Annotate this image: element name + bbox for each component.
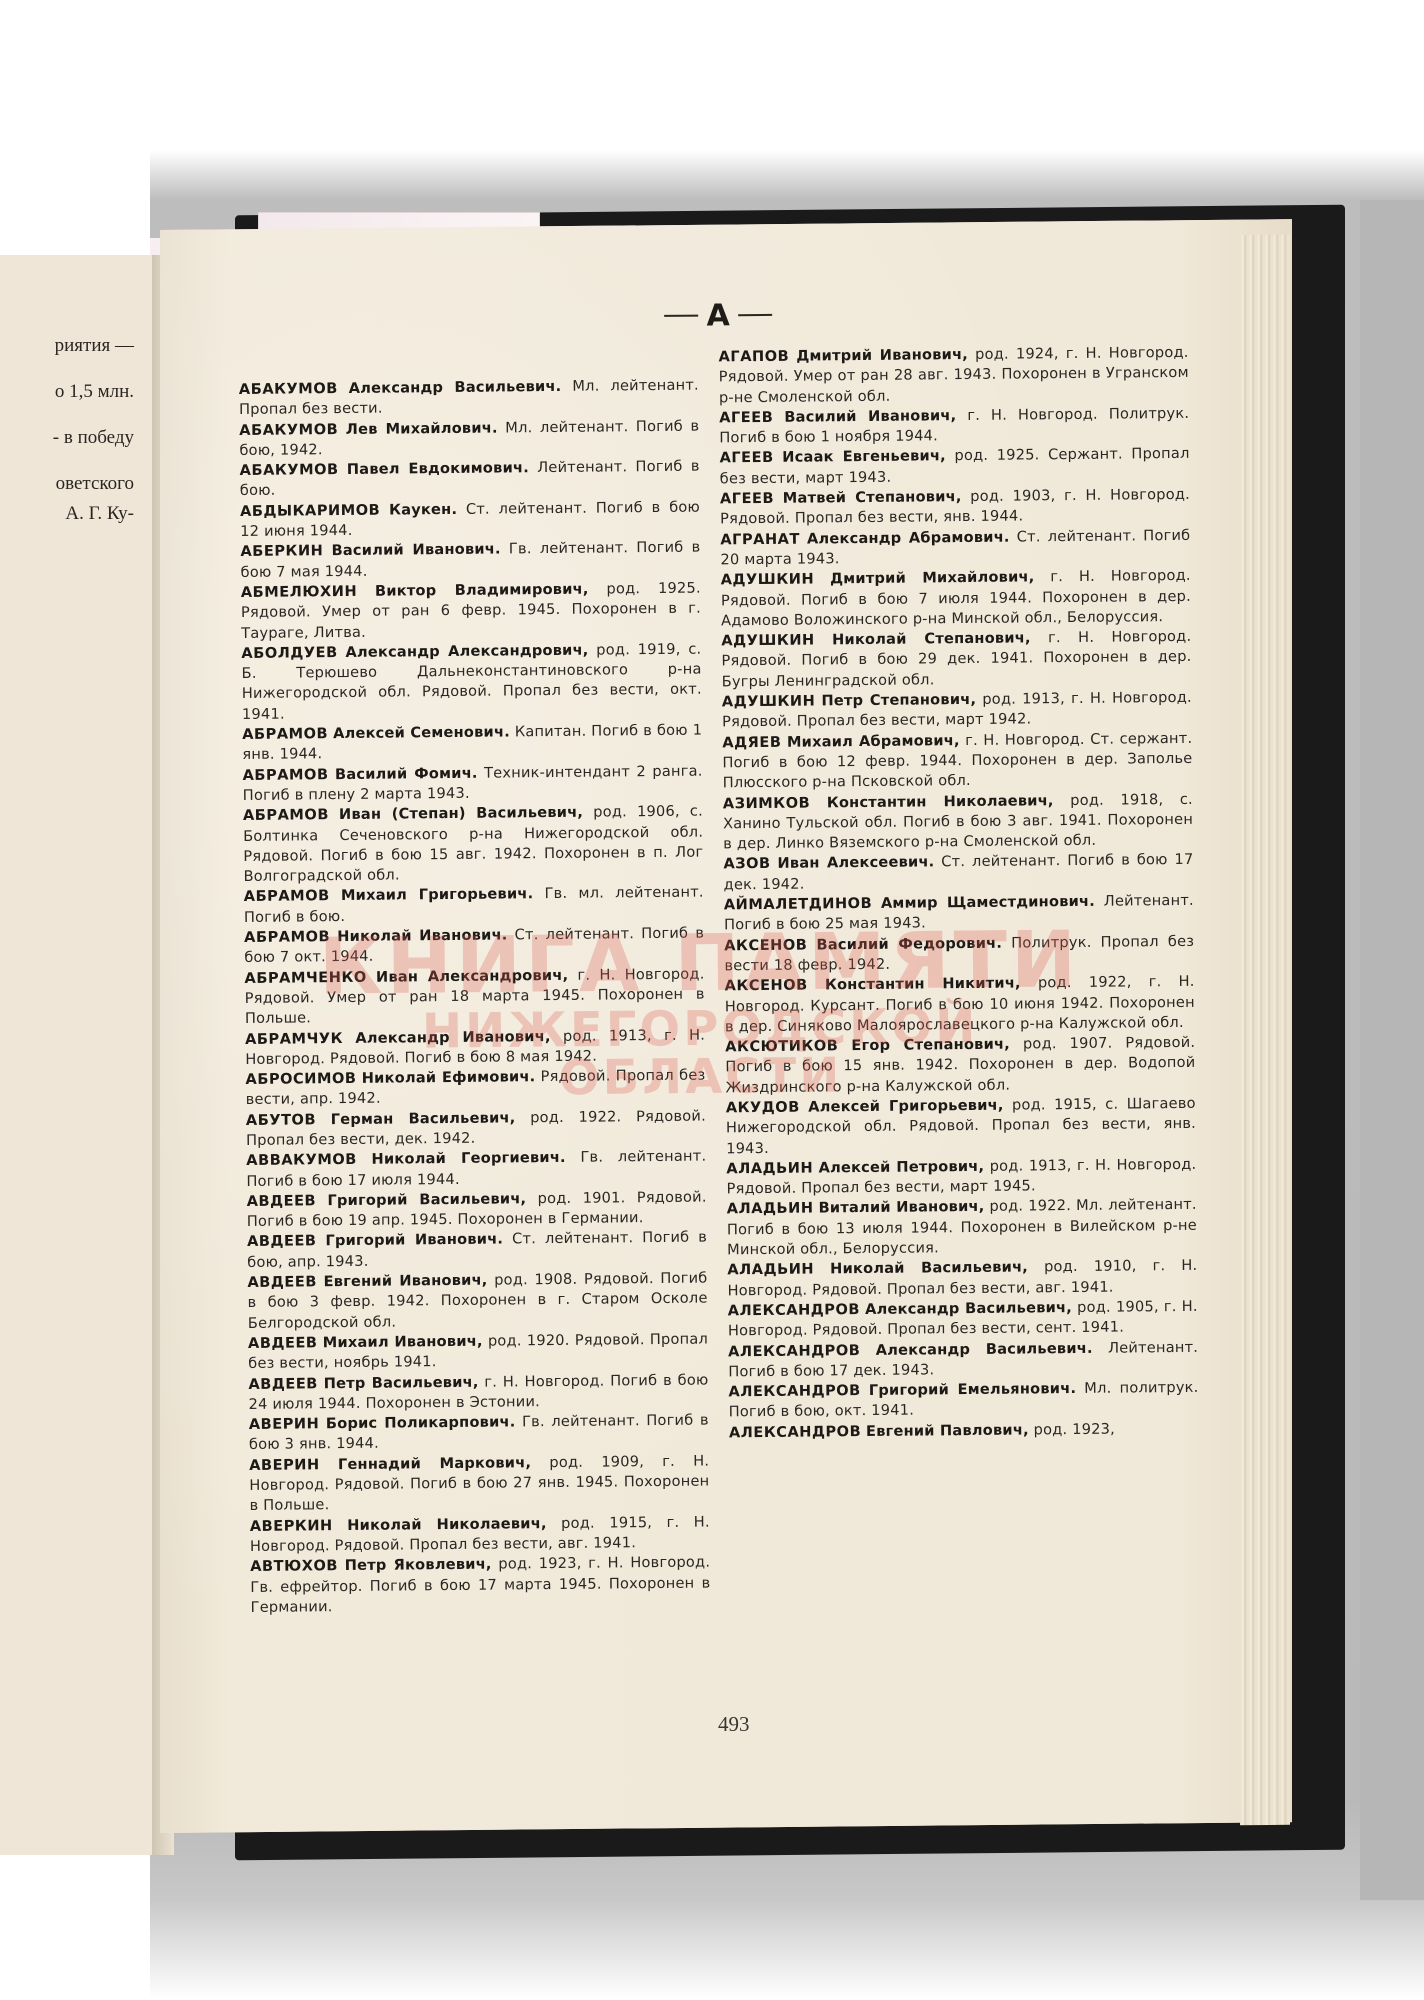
- entry-surname: АБАКУМОВ: [239, 421, 338, 439]
- page-edges: [1240, 235, 1290, 1825]
- entry-surname: АДУШКИН: [721, 571, 815, 589]
- memorial-entry: АГЕЕВ Василий Иванович, г. Н. Новгород. …: [719, 404, 1189, 449]
- right-column: АГАПОВ Дмитрий Иванович, род. 1924, г. Н…: [718, 343, 1198, 1443]
- entry-surname: АВДЕЕВ: [247, 1233, 317, 1251]
- heading-dash: [738, 314, 772, 316]
- entry-given-name: Иван (Степан) Васильевич,: [339, 804, 583, 823]
- entry-surname: АДУШКИН: [722, 693, 816, 711]
- entry-surname: АКУДОВ: [726, 1099, 800, 1117]
- entry-given-name: Матвей Степанович,: [783, 488, 962, 507]
- entry-given-name: Евгений Иванович,: [323, 1272, 487, 1291]
- entry-surname: АЗОВ: [723, 855, 770, 872]
- left-page-line: о 1,5 млн.: [55, 381, 134, 403]
- memorial-entry: АВВАКУМОВ Николай Георгиевич. Гв. лейтен…: [246, 1147, 706, 1192]
- memorial-entry: АВЕРКИН Николай Николаевич, род. 1915, г…: [250, 1512, 710, 1557]
- entry-given-name: Петр Степанович,: [821, 691, 976, 709]
- entry-given-name: Александр Васильевич.: [876, 1339, 1093, 1358]
- entry-surname: АГЕЕВ: [719, 409, 773, 427]
- entry-surname: АБРАМОВ: [242, 725, 328, 743]
- memorial-entry: АВДЕЕВ Михаил Иванович, род. 1920. Рядов…: [248, 1329, 708, 1374]
- entry-surname: АБОЛДУЕВ: [241, 644, 337, 662]
- entry-surname: АБУТОВ: [246, 1111, 316, 1129]
- entry-given-name: Николай Васильевич,: [830, 1259, 1028, 1278]
- memorial-entry: АДУШКИН Петр Степанович, род. 1913, г. Н…: [722, 688, 1192, 733]
- entry-given-name: Исаак Евгеньевич,: [782, 448, 946, 467]
- entry-given-name: Дмитрий Иванович,: [796, 346, 968, 365]
- memorial-entry: АВДЕЕВ Григорий Иванович. Ст. лейтенант.…: [247, 1228, 707, 1273]
- memorial-entry: АКСЕНОВ Василий Федорович. Политрук. Про…: [724, 931, 1194, 976]
- memorial-entry: АГЕЕВ Исаак Евгеньевич, род. 1925. Сержа…: [719, 444, 1189, 489]
- section-letter: А: [706, 298, 730, 333]
- entry-surname: АБРАМОВ: [244, 888, 330, 906]
- memorial-entry: АЙМАЛЕТДИНОВ Аммир Щаместдинович. Лейтен…: [724, 891, 1194, 936]
- entry-given-name: Александр Александрович,: [345, 642, 588, 661]
- entry-surname: АЙМАЛЕТДИНОВ: [724, 895, 872, 913]
- entry-surname: АЗИМКОВ: [723, 794, 811, 812]
- memorial-entry: АЛАДЬИН Алексей Петрович, род. 1913, г. …: [726, 1155, 1196, 1200]
- memorial-entry: АВЕРИН Борис Поликарпович. Гв. лейтенант…: [249, 1411, 709, 1456]
- entry-surname: АВДЕЕВ: [247, 1273, 317, 1291]
- memorial-entry: АКУДОВ Алексей Григорьевич, род. 1915, с…: [726, 1094, 1197, 1159]
- entry-given-name: Александр Васильевич.: [349, 378, 562, 397]
- entry-given-name: Николай Иванович.: [337, 926, 507, 945]
- entry-surname: АЛЕКСАНДРОВ: [728, 1382, 860, 1400]
- entry-given-name: Павел Евдокимович.: [347, 459, 529, 478]
- memorial-entry: АДЯЕВ Михаил Абрамович, г. Н. Новгород. …: [722, 729, 1193, 794]
- memorial-entry: АЛАДЬИН Виталий Иванович, род. 1922. Мл.…: [727, 1195, 1198, 1260]
- memorial-entry: АБАКУМОВ Лев Михайлович. Мл. лейтенант. …: [239, 416, 699, 461]
- entry-given-name: Василий Фомич.: [335, 764, 478, 782]
- entry-given-name: Аммир Щаместдинович.: [881, 893, 1095, 912]
- entry-given-name: Михаил Абрамович,: [787, 732, 960, 751]
- entry-given-name: Михаил Григорьевич.: [341, 886, 534, 905]
- memorial-entry: АБРАМОВ Иван (Степан) Васильевич, род. 1…: [243, 802, 704, 888]
- memorial-entry: АКСЕНОВ Константин Никитич, род. 1922, г…: [725, 972, 1196, 1037]
- entry-given-name: Николай Николаевич,: [347, 1515, 547, 1534]
- entry-surname: АДУШКИН: [721, 632, 815, 650]
- entry-given-name: Григорий Васильевич,: [327, 1190, 526, 1209]
- entry-given-name: Лев Михайлович.: [346, 419, 498, 437]
- entry-surname: АБРАМОВ: [244, 928, 330, 946]
- entry-surname: АБДЫКАРИМОВ: [240, 501, 380, 519]
- entry-given-name: Михаил Иванович,: [323, 1333, 483, 1352]
- entry-given-name: Иван Александрович,: [376, 966, 568, 985]
- entry-given-name: Константин Николаевич,: [827, 792, 1054, 811]
- entry-given-name: Виктор Владимирович,: [375, 581, 589, 600]
- memorial-entry: АКСЮТИКОВ Егор Степанович, род. 1907. Ря…: [725, 1033, 1196, 1098]
- entry-surname: АГРАНАТ: [720, 530, 800, 548]
- entry-surname: АБМЕЛЮХИН: [241, 583, 358, 601]
- entry-surname: АВЕРИН: [249, 1456, 320, 1474]
- memorial-entry: АБРАМОВ Николай Иванович. Ст. лейтенант.…: [244, 924, 704, 969]
- memorial-entry: АЛЕКСАНДРОВ Александр Васильевич, род. 1…: [728, 1297, 1198, 1342]
- entry-given-name: Николай Степанович,: [832, 630, 1031, 649]
- entry-surname: АКСЕНОВ: [725, 977, 808, 995]
- memorial-entry: АБОЛДУЕВ Александр Александрович, род. 1…: [241, 639, 702, 725]
- page-number: 493: [718, 1712, 750, 1737]
- entry-surname: АВДЕЕВ: [248, 1334, 318, 1352]
- entry-surname: АВВАКУМОВ: [246, 1151, 357, 1169]
- memorial-entry: АЗИМКОВ Константин Николаевич, род. 1918…: [723, 789, 1194, 854]
- entry-surname: АВЕРКИН: [250, 1517, 333, 1535]
- memorial-entry: АБРАМОВ Алексей Семенович. Капитан. Поги…: [242, 721, 702, 766]
- entry-surname: АБРАМОВ: [243, 806, 329, 824]
- heading-dash: [665, 315, 699, 317]
- memorial-entry: АДУШКИН Николай Степанович, г. Н. Новгор…: [721, 627, 1192, 692]
- memorial-entry: АЛЕКСАНДРОВ Григорий Емельянович. Мл. по…: [728, 1378, 1198, 1423]
- entry-given-name: Василий Иванович.: [331, 541, 500, 560]
- entry-surname: АКСЮТИКОВ: [725, 1037, 838, 1055]
- entry-surname: АБРАМЧУК: [245, 1030, 343, 1048]
- left-page: риятия — о 1,5 млн. - в победу оветского…: [0, 255, 153, 1855]
- entry-details: род. 1923,: [1034, 1420, 1116, 1438]
- memorial-entry: АБАКУМОВ Александр Васильевич. Мл. лейте…: [239, 376, 699, 421]
- left-column: АБАКУМОВ Александр Васильевич. Мл. лейте…: [239, 376, 711, 1618]
- entry-surname: АБРОСИМОВ: [245, 1070, 356, 1088]
- memorial-entry: АБАКУМОВ Павел Евдокимович. Лейтенант. П…: [240, 457, 700, 502]
- entry-given-name: Николай Георгиевич.: [371, 1149, 565, 1168]
- entry-given-name: Виталий Иванович,: [818, 1198, 984, 1217]
- memorial-entry: АБРАМОВ Михаил Григорьевич. Гв. мл. лейт…: [244, 883, 704, 928]
- memorial-entry: АГЕЕВ Матвей Степанович, род. 1903, г. Н…: [720, 485, 1190, 530]
- entry-given-name: Герман Васильевич,: [331, 1109, 516, 1128]
- memorial-entry: АБРАМЧУК Александр Иванович, род. 1913, …: [245, 1025, 705, 1070]
- memorial-entry: АЛАДЬИН Николай Васильевич, род. 1910, г…: [727, 1256, 1197, 1301]
- scanner-background-edge: [1360, 200, 1424, 1900]
- entry-given-name: Борис Поликарпович.: [326, 1414, 516, 1433]
- entry-surname: АВТЮХОВ: [250, 1557, 338, 1575]
- entry-surname: АЛЕКСАНДРОВ: [728, 1342, 860, 1360]
- entry-surname: АКСЕНОВ: [724, 936, 807, 954]
- entry-given-name: Александр Абрамович.: [807, 528, 1010, 547]
- memorial-entry: АБРАМОВ Василий Фомич. Техник-интендант …: [242, 761, 702, 806]
- entry-surname: АБАКУМОВ: [240, 461, 339, 479]
- left-page-line: А. Г. Ку-: [65, 503, 134, 525]
- entry-surname: АБАКУМОВ: [239, 380, 338, 398]
- entry-given-name: Александр Иванович,: [355, 1028, 551, 1047]
- entry-surname: АВДЕЕВ: [247, 1192, 317, 1210]
- entry-given-name: Алексей Григорьевич,: [808, 1097, 1004, 1116]
- memorial-entry: АБРАМЧЕНКО Иван Александрович, г. Н. Нов…: [244, 964, 705, 1029]
- memorial-entry: АБРОСИМОВ Николай Ефимович. Рядовой. Про…: [245, 1066, 705, 1111]
- entry-surname: АЛЕКСАНДРОВ: [729, 1423, 861, 1441]
- entry-given-name: Алексей Семенович.: [333, 723, 510, 742]
- entry-surname: АГАПОВ: [718, 348, 789, 366]
- entry-surname: АЛЕКСАНДРОВ: [728, 1301, 860, 1319]
- entry-given-name: Василий Федорович.: [816, 934, 1002, 953]
- entry-given-name: Александр Васильевич,: [865, 1299, 1072, 1318]
- left-page-line: оветского: [56, 473, 134, 495]
- memorial-entry: АДУШКИН Дмитрий Михайлович, г. Н. Новгор…: [721, 566, 1192, 631]
- entry-given-name: Василий Иванович,: [784, 407, 956, 426]
- memorial-entry: АВДЕЕВ Евгений Иванович, род. 1908. Рядо…: [247, 1269, 708, 1334]
- entry-surname: АЛАДЬИН: [726, 1159, 813, 1177]
- memorial-entry: АЛЕКСАНДРОВ Александр Васильевич. Лейтен…: [728, 1337, 1198, 1382]
- entry-details: г. Н. Новгород. Погиб в бою 24 июля 1944…: [249, 1371, 709, 1413]
- entry-given-name: Петр Яковлевич,: [345, 1556, 492, 1574]
- entry-given-name: Егор Степанович,: [851, 1036, 1010, 1055]
- memorial-entry: АВТЮХОВ Петр Яковлевич, род. 1923, г. Н.…: [250, 1553, 711, 1618]
- entry-surname: АДЯЕВ: [722, 733, 781, 751]
- entry-surname: АБРАМЧЕНКО: [244, 968, 366, 986]
- left-page-line: риятия —: [55, 335, 134, 357]
- entry-given-name: Петр Васильевич,: [324, 1373, 479, 1391]
- entry-given-name: Алексей Петрович,: [818, 1158, 984, 1177]
- entry-surname: АГЕЕВ: [720, 490, 774, 508]
- entry-given-name: Евгений Павлович,: [866, 1421, 1029, 1440]
- entry-given-name: Григорий Емельянович.: [869, 1380, 1076, 1399]
- entry-given-name: Константин Никитич,: [825, 975, 1021, 994]
- memorial-entry: АВЕРИН Геннадий Маркович, род. 1909, г. …: [249, 1451, 710, 1516]
- memorial-entry: АГАПОВ Дмитрий Иванович, род. 1924, г. Н…: [718, 343, 1189, 408]
- entry-surname: АБЕРКИН: [240, 543, 323, 561]
- section-letter-heading: А: [618, 294, 818, 336]
- entry-given-name: Иван Алексеевич.: [777, 854, 934, 873]
- entry-surname: АГЕЕВ: [719, 449, 773, 467]
- memorial-entry: АВДЕЕВ Петр Васильевич, г. Н. Новгород. …: [248, 1370, 708, 1415]
- memorial-entry: АГРАНАТ Александр Абрамович. Ст. лейтена…: [720, 526, 1190, 571]
- entry-surname: АБРАМОВ: [242, 766, 328, 784]
- memorial-entry: АБДЫКАРИМОВ Каукен. Ст. лейтенант. Погиб…: [240, 497, 700, 542]
- memorial-entry: АБЕРКИН Василий Иванович. Гв. лейтенант.…: [240, 538, 700, 583]
- memorial-entry: АВДЕЕВ Григорий Васильевич, род. 1901. Р…: [247, 1187, 707, 1232]
- entry-surname: АЛАДЬИН: [727, 1261, 814, 1279]
- entry-given-name: Николай Ефимович.: [362, 1068, 536, 1087]
- memorial-entry: АБУТОВ Герман Васильевич, род. 1922. Ряд…: [246, 1106, 706, 1151]
- entry-given-name: Григорий Иванович.: [325, 1231, 503, 1250]
- left-page-line: - в победу: [53, 427, 134, 449]
- entry-given-name: Геннадий Маркович,: [338, 1454, 531, 1473]
- memorial-entry: АЗОВ Иван Алексеевич. Ст. лейтенант. Пог…: [723, 850, 1193, 895]
- entry-given-name: Дмитрий Михайлович,: [830, 569, 1035, 588]
- entry-surname: АВДЕЕВ: [248, 1375, 318, 1393]
- entry-given-name: Каукен.: [389, 501, 457, 519]
- entry-surname: АЛАДЬИН: [727, 1200, 814, 1218]
- entry-surname: АВЕРИН: [249, 1415, 320, 1433]
- memorial-entry: АБМЕЛЮХИН Виктор Владимирович, род. 1925…: [241, 579, 702, 644]
